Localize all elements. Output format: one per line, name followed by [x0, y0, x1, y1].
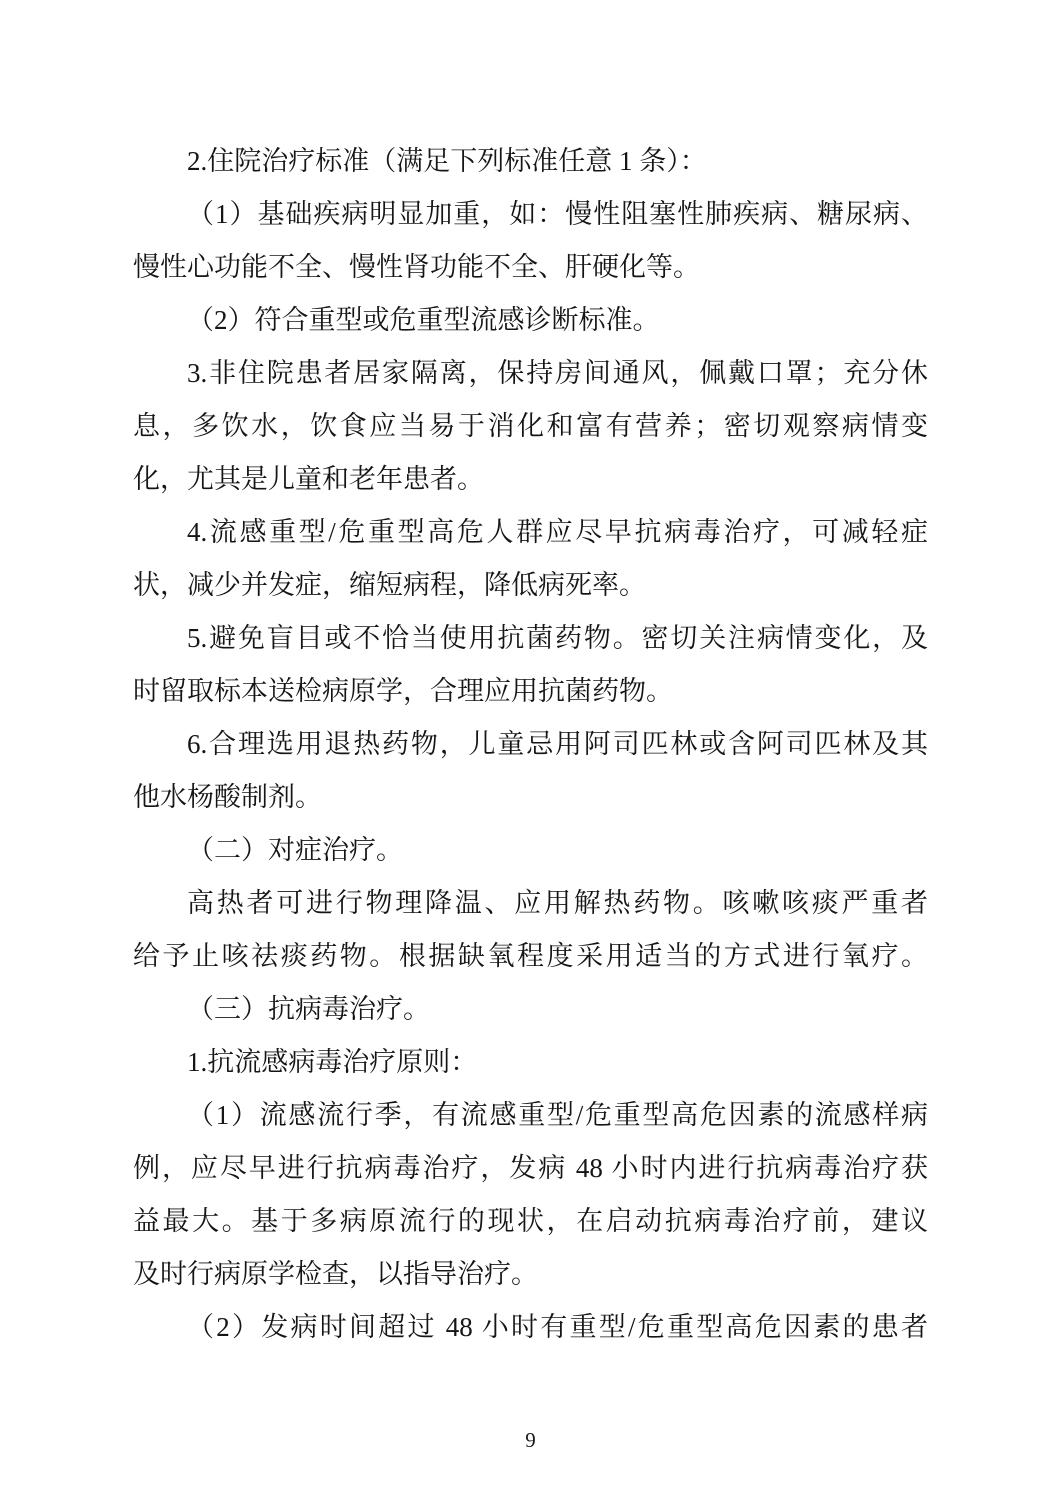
text-line: 2.住院治疗标准（满足下列标准任意 1 条）：	[133, 135, 928, 188]
text-line: 6.合理选用退热药物，儿童忌用阿司匹林或含阿司匹林及其	[133, 718, 928, 771]
text-line: 时留取标本送检病原学，合理应用抗菌药物。	[133, 665, 928, 718]
text-line: （二）对症治疗。	[133, 824, 928, 877]
text-line: （三）抗病毒治疗。	[133, 983, 928, 1036]
text-line: （2）符合重型或危重型流感诊断标准。	[133, 294, 928, 347]
text-line: 慢性心功能不全、慢性肾功能不全、肝硬化等。	[133, 241, 928, 294]
page-number: 9	[525, 1428, 536, 1452]
text-line: 4.流感重型/危重型高危人群应尽早抗病毒治疗，可减轻症	[133, 506, 928, 559]
text-line: 高热者可进行物理降温、应用解热药物。咳嗽咳痰严重者	[133, 877, 928, 930]
text-line: （2）发病时间超过 48 小时有重型/危重型高危因素的患者	[133, 1301, 928, 1354]
text-line: 益最大。基于多病原流行的现状，在启动抗病毒治疗前，建议	[133, 1195, 928, 1248]
text-line: 给予止咳祛痰药物。根据缺氧程度采用适当的方式进行氧疗。	[133, 930, 928, 983]
text-line: 5.避免盲目或不恰当使用抗菌药物。密切关注病情变化，及	[133, 612, 928, 665]
text-line: 他水杨酸制剂。	[133, 771, 928, 824]
text-line: 3.非住院患者居家隔离，保持房间通风，佩戴口罩；充分休	[133, 347, 928, 400]
text-line: （1）基础疾病明显加重，如：慢性阻塞性肺疾病、糖尿病、	[133, 188, 928, 241]
text-line: 状，减少并发症，缩短病程，降低病死率。	[133, 559, 928, 612]
page-footer: 9	[0, 1424, 1061, 1456]
page-content: 2.住院治疗标准（满足下列标准任意 1 条）： （1）基础疾病明显加重，如：慢性…	[133, 135, 928, 1354]
text-line: 1.抗流感病毒治疗原则：	[133, 1036, 928, 1089]
document-page: { "page": { "number": "9", "background_c…	[0, 0, 1061, 1500]
text-line: 及时行病原学检查，以指导治疗。	[133, 1248, 928, 1301]
text-line: 化，尤其是儿童和老年患者。	[133, 453, 928, 506]
text-line: （1）流感流行季，有流感重型/危重型高危因素的流感样病	[133, 1089, 928, 1142]
text-line: 例，应尽早进行抗病毒治疗，发病 48 小时内进行抗病毒治疗获	[133, 1142, 928, 1195]
text-line: 息，多饮水，饮食应当易于消化和富有营养；密切观察病情变	[133, 400, 928, 453]
